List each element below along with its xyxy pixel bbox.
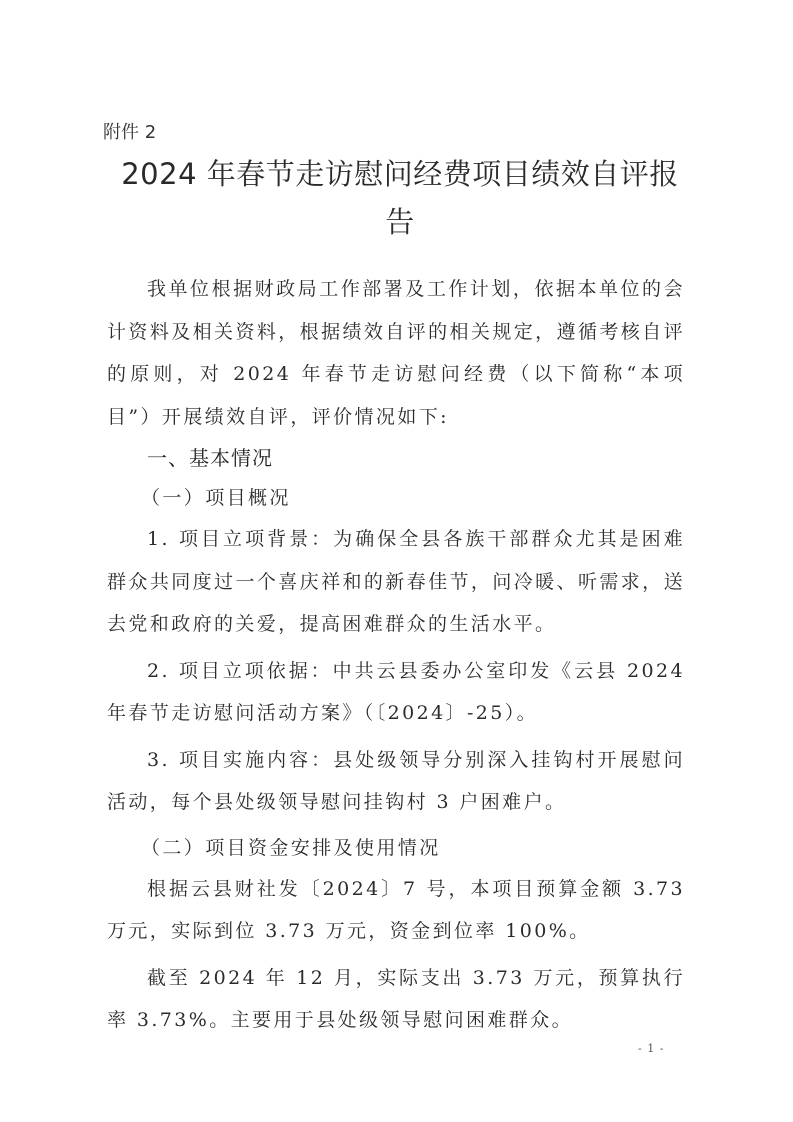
subsection-heading-funds: （二）项目资金安排及使用情况 (107, 828, 685, 868)
funds-paragraph-2: 截至 2024 年 12 月，实际支出 3.73 万元，预算执行率 3.73%。… (107, 957, 685, 1042)
document-body: 我单位根据财政局工作部署及工作计划，依据本单位的会计资料及相关资料，根据绩效自评… (107, 268, 685, 1042)
item-basis: 2. 项目立项依据：中共云县委办公室印发《云县 2024 年春节走访慰问活动方案… (107, 650, 685, 735)
item-content: 3. 项目实施内容：县处级领导分别深入挂钩村开展慰问活动，每个县处级领导慰问挂钩… (107, 739, 685, 824)
intro-paragraph: 我单位根据财政局工作部署及工作计划，依据本单位的会计资料及相关资料，根据绩效自评… (107, 268, 685, 438)
title-line-1: 2024 年春节走访慰问经费项目绩效自评报 (100, 150, 700, 198)
attachment-label: 附件 2 (103, 118, 156, 144)
document-page: 附件 2 2024 年春节走访慰问经费项目绩效自评报 告 我单位根据财政局工作部… (0, 0, 793, 1122)
page-number: - 1 - (638, 1042, 664, 1055)
subsection-heading-overview: （一）项目概况 (107, 478, 685, 518)
item-background: 1. 项目立项背景：为确保全县各族干部群众尤其是困难群众共同度过一个喜庆祥和的新… (107, 518, 685, 646)
document-title: 2024 年春节走访慰问经费项目绩效自评报 告 (100, 150, 700, 246)
section-heading-basic-info: 一、基本情况 (107, 438, 685, 478)
title-line-2: 告 (100, 198, 700, 246)
funds-paragraph-1: 根据云县财社发〔2024〕7 号，本项目预算金额 3.73 万元，实际到位 3.… (107, 868, 685, 953)
